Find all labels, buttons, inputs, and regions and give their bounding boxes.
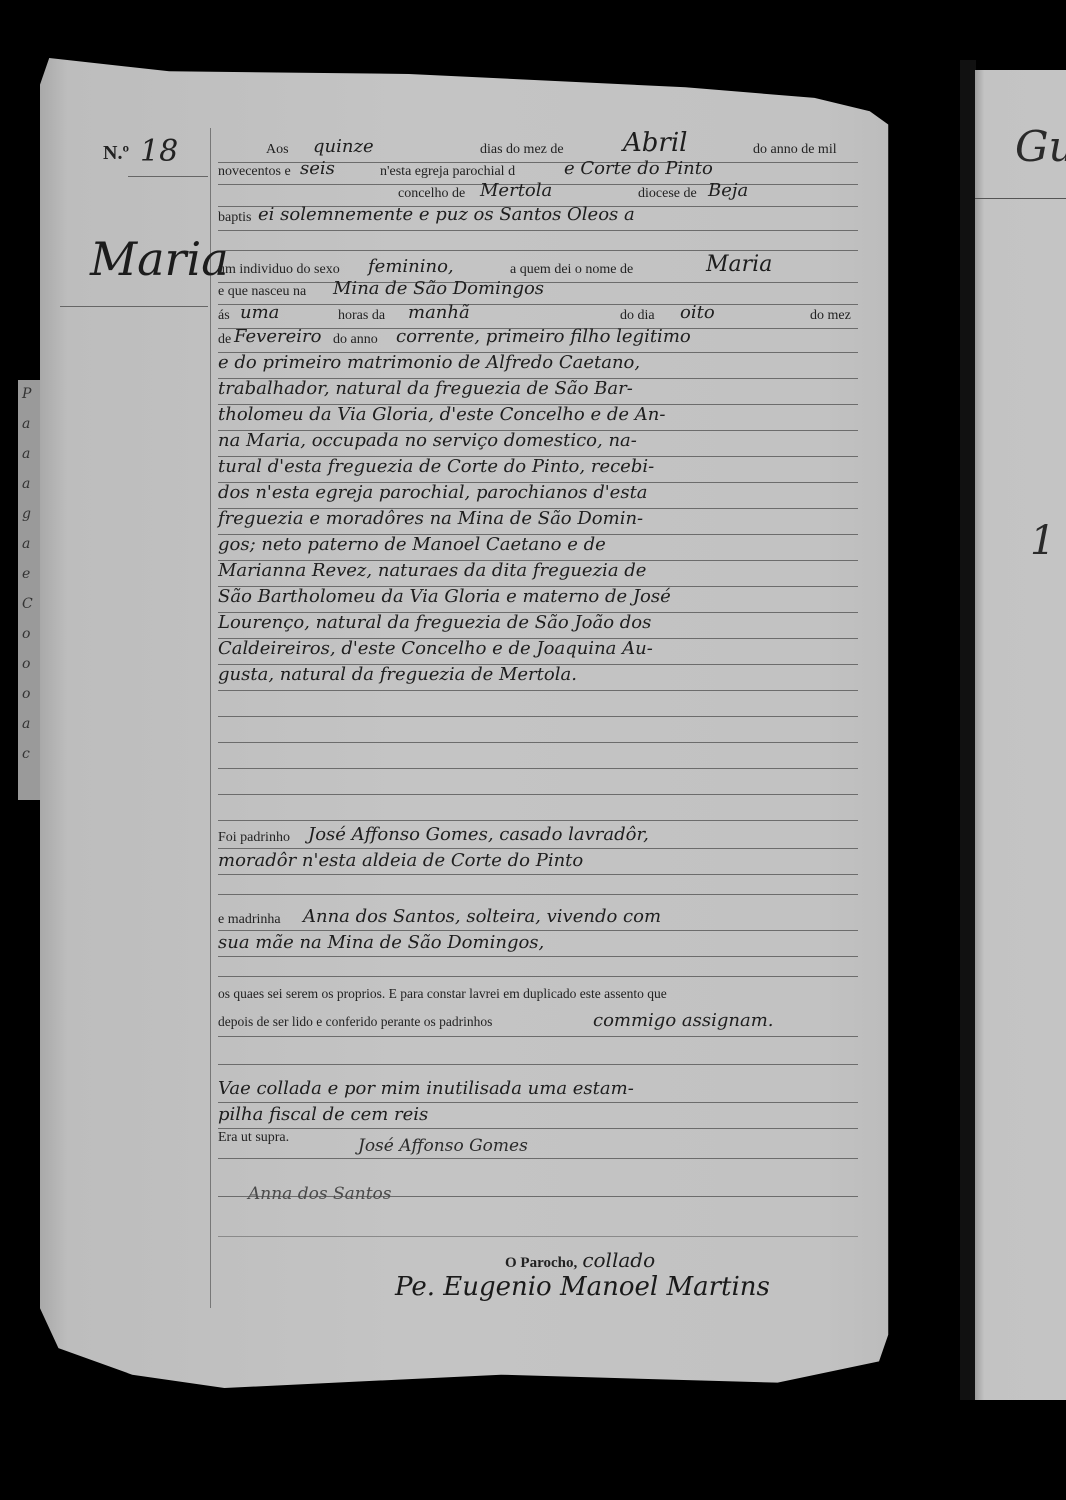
blank-line bbox=[218, 794, 858, 821]
edge-letter: a bbox=[22, 476, 30, 492]
handwritten-text: Abril bbox=[623, 128, 687, 158]
edge-letter: c bbox=[22, 746, 30, 762]
divider bbox=[975, 198, 1066, 199]
stamp-note-line: Vae collada e por mim inutilisada uma es… bbox=[218, 1076, 858, 1103]
handwritten-text: São Bartholomeu da Via Gloria e materno … bbox=[218, 586, 671, 607]
form-line-baptism: baptis ei solemnemente e puz os Santos O… bbox=[218, 204, 858, 231]
godfather-line-2: moradôr n'esta aldeia de Corte do Pinto bbox=[218, 848, 858, 875]
divider bbox=[128, 176, 208, 177]
handwritten-text: e Corte do Pinto bbox=[564, 158, 713, 179]
handwritten-text: dos n'esta egreja parochial, parochianos… bbox=[218, 482, 648, 503]
printed-text: ás bbox=[218, 308, 230, 324]
handwritten-text: gusta, natural da freguezia de Mertola. bbox=[218, 664, 577, 685]
handwritten-text: feminino, bbox=[368, 256, 454, 277]
form-line-concelho: concelho de Mertola diocese de Beja bbox=[218, 180, 858, 207]
handwritten-text: seis bbox=[300, 158, 335, 179]
handwritten-text: tural d'esta freguezia de Corte do Pinto… bbox=[218, 456, 654, 477]
form-line-month: de Fevereiro do anno corrente, primeiro … bbox=[218, 326, 858, 353]
printed-text: do dia bbox=[620, 308, 655, 324]
printed-text: n'esta egreja parochial d bbox=[380, 164, 515, 180]
body-line: gusta, natural da freguezia de Mertola. bbox=[218, 664, 858, 691]
edge-letter: a bbox=[22, 536, 30, 552]
edge-letter: P bbox=[22, 386, 31, 402]
body-line: dos n'esta egreja parochial, parochianos… bbox=[218, 482, 858, 509]
godfather-signature: José Affonso Gomes bbox=[358, 1136, 528, 1156]
handwritten-text: Lourenço, natural da freguezia de São Jo… bbox=[218, 612, 651, 633]
blank-line bbox=[218, 742, 858, 769]
handwritten-text: uma bbox=[240, 302, 279, 323]
form-line-time: ás uma horas da manhã do dia oito do mez bbox=[218, 302, 858, 329]
printed-text: concelho de bbox=[398, 186, 465, 202]
edge-letter: o bbox=[22, 656, 30, 672]
handwritten-text: Maria bbox=[706, 252, 772, 277]
form-line-birthplace: e que nasceu na Mina de São Domingos bbox=[218, 278, 858, 305]
body-line: tholomeu da Via Gloria, d'este Concelho … bbox=[218, 404, 858, 431]
printed-text: do anno de mil bbox=[753, 142, 837, 158]
handwritten-text: Mina de São Domingos bbox=[333, 278, 544, 299]
handwritten-text: na Maria, occupada no serviço domestico,… bbox=[218, 430, 637, 451]
printed-text: um individuo do sexo bbox=[218, 262, 340, 278]
record-number: 18 bbox=[140, 134, 178, 169]
body-line: Caldeireiros, d'este Concelho e de Joaqu… bbox=[218, 638, 858, 665]
handwritten-text: freguezia e moradôres na Mina de São Dom… bbox=[218, 508, 643, 529]
body-line: São Bartholomeu da Via Gloria e materno … bbox=[218, 586, 858, 613]
book-gutter bbox=[960, 60, 976, 1400]
handwritten-text: ei solemnemente e puz os Santos Oleos a bbox=[258, 204, 635, 225]
handwritten-text: manhã bbox=[408, 302, 470, 323]
printed-text: diocese de bbox=[638, 186, 697, 202]
signature-line: Anna dos Santos bbox=[218, 1170, 858, 1197]
body-line: freguezia e moradôres na Mina de São Dom… bbox=[218, 508, 858, 535]
body-line: trabalhador, natural da freguezia de São… bbox=[218, 378, 858, 405]
printed-text: de bbox=[218, 332, 231, 348]
handwritten-text: sua mãe na Mina de São Domingos, bbox=[218, 932, 544, 953]
edge-letter: g bbox=[22, 506, 31, 522]
edge-letter: e bbox=[22, 566, 30, 582]
handwritten-text: Fevereiro bbox=[234, 326, 321, 347]
body-line: gos; neto paterno de Manoel Caetano e de bbox=[218, 534, 858, 561]
adjacent-number-fragment: 1 bbox=[1030, 518, 1055, 564]
handwritten-text: pilha fiscal de cem reis bbox=[218, 1104, 428, 1125]
blank-line bbox=[218, 956, 858, 977]
closing-text-1: os quaes sei serem os proprios. E para c… bbox=[218, 986, 667, 1002]
priest-signature: Pe. Eugenio Manoel Martins bbox=[395, 1272, 770, 1302]
blank-line bbox=[218, 874, 858, 895]
godmother-signature: Anna dos Santos bbox=[248, 1184, 391, 1204]
blank-line bbox=[218, 1210, 858, 1237]
edge-letter: C bbox=[22, 596, 33, 612]
printed-text: horas da bbox=[338, 308, 385, 324]
handwritten-text: Marianna Revez, naturaes da dita freguez… bbox=[218, 560, 646, 581]
edge-letter: a bbox=[22, 716, 30, 732]
body-line: e do primeiro matrimonio de Alfredo Caet… bbox=[218, 352, 858, 379]
handwritten-text: trabalhador, natural da freguezia de São… bbox=[218, 378, 633, 399]
printed-text: do anno bbox=[333, 332, 378, 348]
form-line-blank bbox=[218, 230, 858, 251]
stamp-note-line-2: pilha fiscal de cem reis bbox=[218, 1102, 858, 1129]
handwritten-text: gos; neto paterno de Manoel Caetano e de bbox=[218, 534, 606, 555]
handwritten-text: José Affonso Gomes, casado lavradôr, bbox=[308, 824, 649, 845]
printed-text: e madrinha bbox=[218, 912, 281, 928]
blank-line bbox=[218, 768, 858, 795]
printed-text: dias do mez de bbox=[480, 142, 564, 158]
body-line: na Maria, occupada no serviço domestico,… bbox=[218, 430, 858, 457]
margin-child-name: Maria bbox=[90, 232, 229, 286]
blank-line bbox=[218, 690, 858, 717]
handwritten-text: Beja bbox=[708, 180, 748, 201]
printed-text: Foi padrinho bbox=[218, 830, 290, 846]
adjacent-name-fragment: Gu bbox=[1015, 122, 1066, 171]
margin-rule bbox=[210, 128, 211, 1308]
godmother-line: e madrinha Anna dos Santos, solteira, vi… bbox=[218, 904, 858, 931]
handwritten-text: tholomeu da Via Gloria, d'este Concelho … bbox=[218, 404, 665, 425]
edge-letter: a bbox=[22, 446, 30, 462]
handwritten-text: Vae collada e por mim inutilisada uma es… bbox=[218, 1078, 634, 1099]
godfather-line: Foi padrinho José Affonso Gomes, casado … bbox=[218, 822, 858, 849]
edge-letter: a bbox=[22, 416, 30, 432]
printed-text: baptis bbox=[218, 210, 251, 226]
printed-text: do mez bbox=[810, 308, 851, 324]
edge-letter: o bbox=[22, 626, 30, 642]
handwritten-text: Mertola bbox=[480, 180, 552, 201]
printed-text: Aos bbox=[266, 142, 289, 158]
priest-title: O Parocho, collado bbox=[505, 1248, 655, 1272]
handwritten-text: oito bbox=[680, 302, 715, 323]
handwritten-text: collado bbox=[582, 1248, 655, 1272]
blank-line bbox=[218, 716, 858, 743]
handwritten-text: commigo assignam. bbox=[593, 1010, 774, 1031]
printed-text: e que nasceu na bbox=[218, 284, 306, 300]
handwritten-text: Caldeireiros, d'este Concelho e de Joaqu… bbox=[218, 638, 653, 659]
body-line: tural d'esta freguezia de Corte do Pinto… bbox=[218, 456, 858, 483]
handwritten-text: moradôr n'esta aldeia de Corte do Pinto bbox=[218, 850, 583, 871]
handwritten-text: e do primeiro matrimonio de Alfredo Caet… bbox=[218, 352, 640, 373]
closing-line-2: depois de ser lido e conferido perante o… bbox=[218, 1006, 858, 1037]
signature-line: José Affonso Gomes bbox=[218, 1132, 858, 1159]
printed-text: novecentos e bbox=[218, 164, 291, 180]
handwritten-text: quinze bbox=[313, 136, 374, 157]
adjacent-page: Gu 1 bbox=[975, 70, 1066, 1400]
divider bbox=[60, 306, 208, 307]
handwritten-text: corrente, primeiro filho legitimo bbox=[396, 326, 691, 347]
printed-text: depois de ser lido e conferido perante o… bbox=[218, 1014, 492, 1030]
body-line: Lourenço, natural da freguezia de São Jo… bbox=[218, 612, 858, 639]
blank-line bbox=[218, 1044, 858, 1065]
record-number-label: N.º bbox=[103, 142, 129, 165]
printed-text: O Parocho, bbox=[505, 1255, 577, 1271]
printed-text: a quem dei o nome de bbox=[510, 262, 633, 278]
handwritten-text: Anna dos Santos, solteira, vivendo com bbox=[303, 906, 661, 927]
body-line: Marianna Revez, naturaes da dita freguez… bbox=[218, 560, 858, 587]
godmother-line-2: sua mãe na Mina de São Domingos, bbox=[218, 930, 858, 957]
edge-letter: o bbox=[22, 686, 30, 702]
